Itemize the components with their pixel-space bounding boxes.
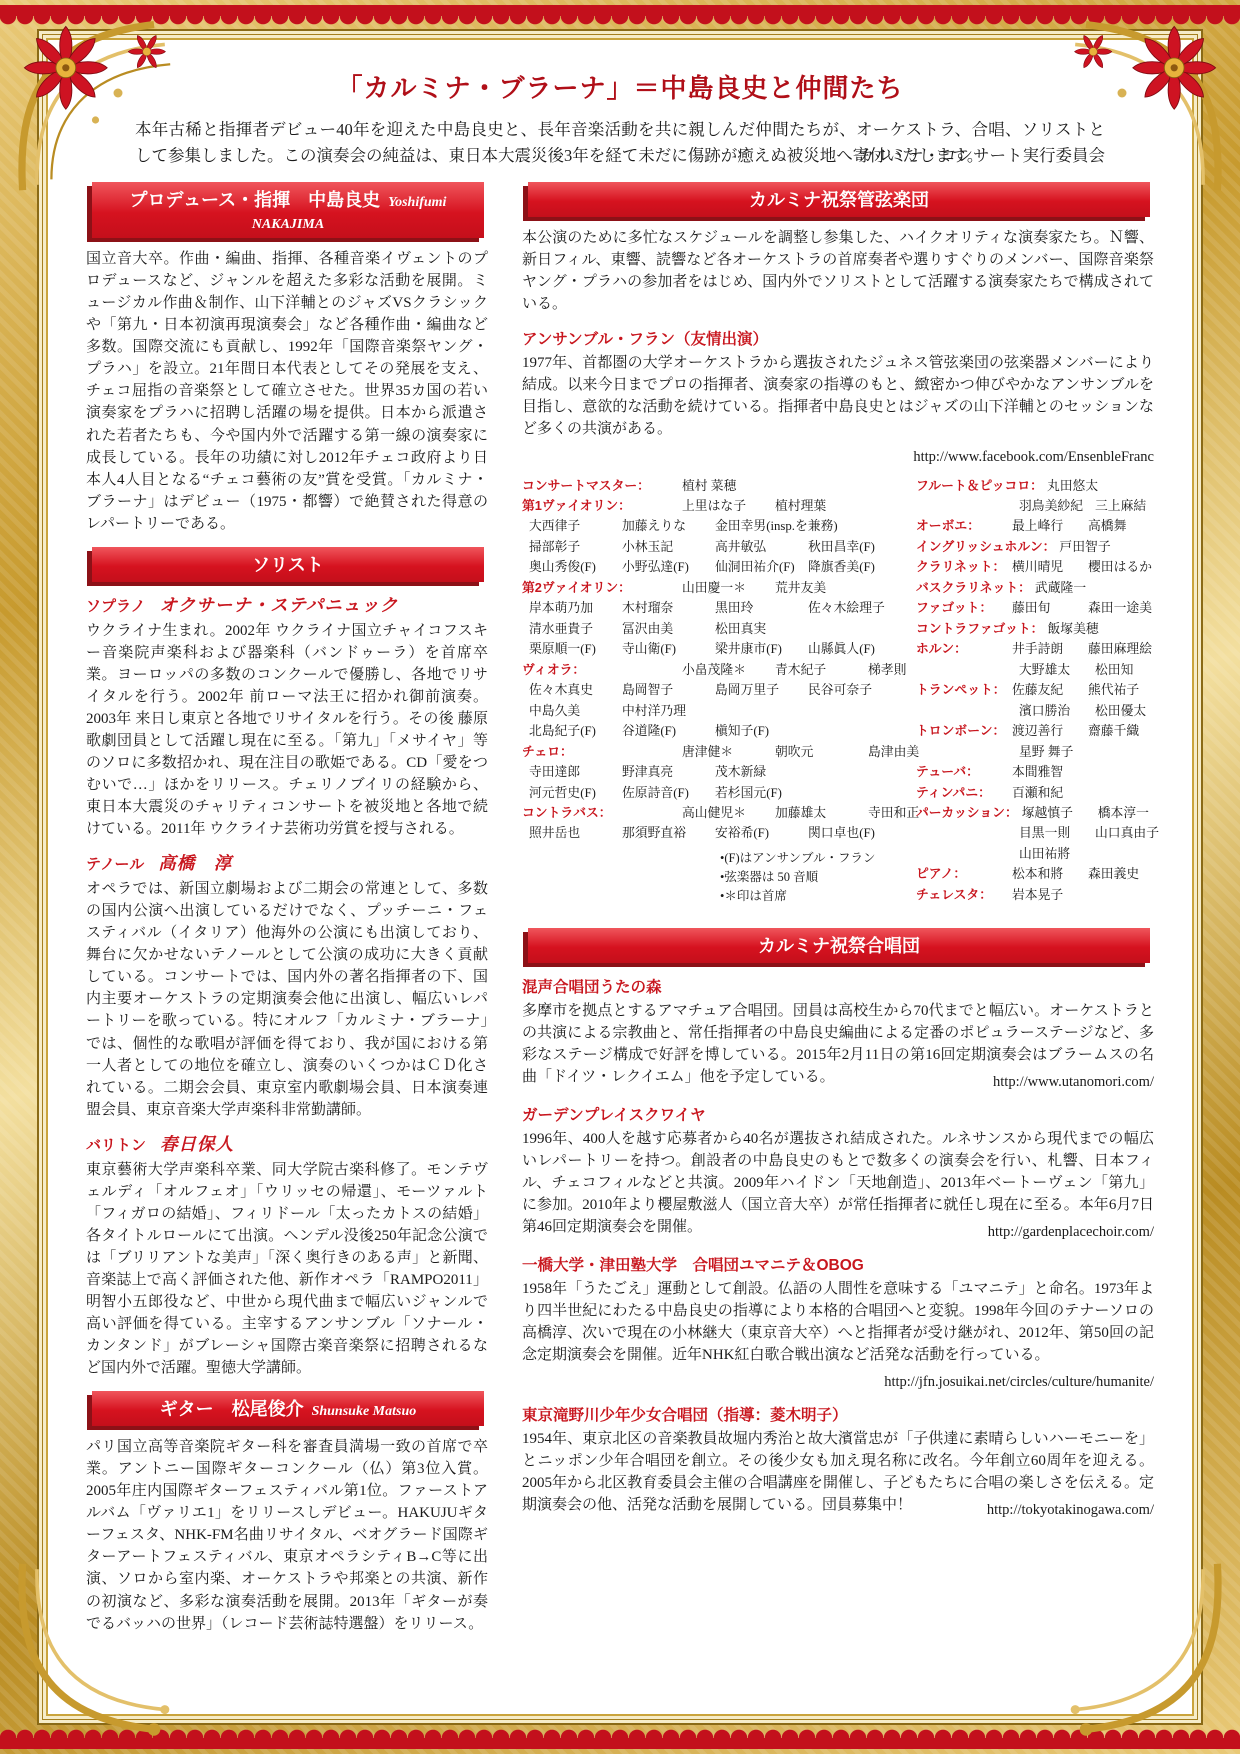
member-section-label: クラリネット：	[916, 557, 1008, 577]
soloist-soprano: ソプラノオクサーナ・ステパニュック ウクライナ生まれ。2002年 ウクライナ国立…	[86, 592, 488, 840]
member-row: 中島久美中村洋乃理	[522, 701, 908, 721]
member-name: 小林玉記	[622, 537, 715, 557]
soloist-bio: 東京藝術大学声楽科卒業、同大学院古楽科修了。モンテヴェルディ「オルフェオ」「ウリ…	[86, 1159, 488, 1379]
member-row: チェロ：唐津健＊朝吹元島津由美	[522, 742, 908, 762]
member-name: 高橋舞	[1088, 516, 1164, 536]
choir-group-heading: 東京滝野川少年少女合唱団（指導：菱木明子）	[522, 1403, 1154, 1425]
member-row: 佐々木真史島岡智子島岡万里子民谷可奈子	[522, 680, 908, 700]
member-name: 山田慶一＊	[682, 578, 775, 598]
member-row: オーボエ：最上峰行高橋舞	[916, 516, 1154, 536]
banner-title: プロデュース・指揮 中島良史	[130, 190, 381, 210]
member-name: 北島紀子(F)	[529, 721, 622, 741]
banner-title: カルミナ祝祭合唱団	[758, 936, 920, 956]
soloist-heading: バリトン春日保人	[86, 1131, 488, 1156]
member-section-label: トランペット：	[916, 680, 1008, 700]
member-row: ホルン：井手詩朗藤田麻理絵	[916, 639, 1154, 659]
member-name: 中島久美	[529, 701, 622, 721]
ensemble-franc-heading: アンサンブル・フラン（友情出演）	[522, 327, 1154, 349]
member-row: 掃部彰子小林玉記高井敏弘秋田昌幸(F)	[522, 537, 908, 557]
member-row: パーカッション：塚越慎子橋本淳一	[916, 803, 1154, 823]
soloist-name: 春日保人	[160, 1134, 234, 1154]
member-name: 青木紀子	[775, 660, 868, 680]
member-row: 第1ヴァイオリン：上里はな子植村理葉	[522, 496, 908, 516]
member-name: 藤田麻理絵	[1088, 639, 1164, 659]
member-section-label: ホルン：	[916, 639, 1008, 659]
member-row: 第2ヴァイオリン：山田慶一＊荒井友美	[522, 578, 908, 598]
soloist-baritone: バリトン春日保人 東京藝術大学声楽科卒業、同大学院古楽科修了。モンテヴェルディ「…	[86, 1131, 488, 1379]
member-row: 星野 舞子	[916, 742, 1154, 762]
red-scallop-trim-top	[0, 5, 1240, 16]
member-section-label: コントラファゴット：	[916, 619, 1043, 639]
choir-group-bio: 1958年「うたごえ」運動として創設。仏語の人間性を意味する「ユマニテ」と命名。…	[522, 1278, 1154, 1366]
member-name: 梁井康市(F)	[715, 639, 808, 659]
red-scallop-trim-bottom	[0, 1738, 1240, 1749]
member-name: 奥山秀俊(F)	[529, 557, 622, 577]
member-name: 冨沢由美	[622, 619, 715, 639]
member-section-label: テューバ：	[916, 762, 1008, 782]
member-section-label: 第2ヴァイオリン：	[522, 578, 678, 598]
member-row: 羽鳥美紗紀三上麻結	[916, 496, 1154, 516]
section-banner-orchestra: カルミナ祝祭管弦楽団	[528, 182, 1150, 217]
member-name: 中村洋乃理	[622, 701, 715, 721]
choir-group-heading: 一橋大学・津田塾大学 合唱団ユマニテ＆OBOG	[522, 1253, 1154, 1275]
two-column-layout: プロデュース・指揮 中島良史Yoshifumi NAKAJIMA 国立音大卒。作…	[86, 180, 1154, 1642]
member-name: 唐津健＊	[682, 742, 775, 762]
member-row: イングリッシュホルン：戸田智子	[916, 537, 1154, 557]
member-name: 掃部彰子	[529, 537, 622, 557]
member-name: 谷道隆(F)	[622, 721, 715, 741]
choir-group-humanite: 一橋大学・津田塾大学 合唱団ユマニテ＆OBOG 1958年「うたごえ」運動として…	[522, 1253, 1154, 1391]
member-row: チェレスタ：岩本晃子	[916, 885, 1154, 905]
member-row: ピアノ：松本和將森田義史	[916, 864, 1154, 884]
soloist-role: バリトン	[86, 1137, 146, 1154]
orchestra-winds-list: フルート＆ピッコロ：丸田悠太羽鳥美紗紀三上麻結オーボエ：最上峰行高橋舞イングリッ…	[916, 476, 1154, 906]
member-name: 佐々木真史	[529, 680, 622, 700]
member-row: コントラバス：高山健児＊加藤雄太寺田和正	[522, 803, 908, 823]
member-section-label: 第1ヴァイオリン：	[522, 496, 678, 516]
member-name: 星野 舞子	[1019, 742, 1095, 762]
member-name: 最上峰行	[1012, 516, 1088, 536]
member-row: トロンボーン：渡辺善行齋藤千織	[916, 721, 1154, 741]
member-name: 民谷可奈子	[808, 680, 901, 700]
section-banner-producer: プロデュース・指揮 中島良史Yoshifumi NAKAJIMA	[92, 182, 484, 238]
member-name: 佐々木絵理子	[808, 598, 901, 618]
program-header: 「カルミナ・ブラーナ」＝中島良史と仲間たち 本年古稀と指揮者デビュー40年を迎え…	[86, 68, 1154, 166]
member-section-label: チェロ：	[522, 742, 678, 762]
member-section-label: フルート＆ピッコロ：	[916, 476, 1043, 496]
member-section-label: オーボエ：	[916, 516, 1008, 536]
member-name: 金田幸男(insp.を兼務)	[715, 516, 808, 536]
ensemble-franc-bio: 1977年、首都圏の大学オーケストラから選抜されたジュネス管弦楽団の弦楽器メンバ…	[522, 352, 1154, 440]
member-row: 目黒一則山口真由子	[916, 823, 1154, 843]
member-name: 百瀬和紀	[1012, 783, 1088, 803]
member-section-label	[923, 823, 1015, 843]
member-name: 武蔵隆一	[1035, 578, 1111, 598]
member-name: 荒井友美	[775, 578, 868, 598]
member-name: 岸本萌乃加	[529, 598, 622, 618]
member-name: 山田祐將	[1019, 844, 1095, 864]
member-name: 丸田悠太	[1047, 476, 1123, 496]
member-name: 関口卓也(F)	[808, 823, 901, 843]
url-text: http://www.facebook.com/EnsenbleFranc	[522, 449, 1154, 466]
member-name: 島岡智子	[622, 680, 715, 700]
member-name: 加藤えりな	[622, 516, 715, 536]
member-row: 奥山秀俊(F)小野弘達(F)仙洞田祐介(F)降旗香美(F)	[522, 557, 908, 577]
member-name: 橋本淳一	[1098, 803, 1174, 823]
right-column: カルミナ祝祭管弦楽団 本公演のために多忙なスケジュールを調整し参集した、ハイクオ…	[522, 180, 1154, 1642]
url-text: http://jfn.josuikai.net/circles/culture/…	[522, 1374, 1154, 1391]
member-row: テューバ：本間雅智	[916, 762, 1154, 782]
member-name: 小野弘達(F)	[622, 557, 715, 577]
member-name: 岩本晃子	[1012, 885, 1088, 905]
member-name: 槇知子(F)	[715, 721, 808, 741]
banner-title: カルミナ祝祭管弦楽団	[749, 190, 929, 210]
member-name: 本間雅智	[1012, 762, 1088, 782]
member-name: 河元哲史(F)	[529, 783, 622, 803]
soloist-bio: ウクライナ生まれ。2002年 ウクライナ国立チャイコフスキー音楽院声楽科および器…	[86, 620, 488, 840]
soloist-heading: ソプラノオクサーナ・ステパニュック	[86, 592, 488, 617]
member-row: クラリネット：横川晴児櫻田はるか	[916, 557, 1154, 577]
member-name: 高井敏弘	[715, 537, 808, 557]
choir-group-bio: 1996年、400人を越す応募者から40名が選抜され結成された。ルネサンスから現…	[522, 1128, 1154, 1238]
member-name: 濱口勝治	[1019, 701, 1095, 721]
member-name: 松田真実	[715, 619, 808, 639]
member-section-label: ファゴット：	[916, 598, 1008, 618]
guitarist-bio: パリ国立高等音楽院ギター科を審査員満場一致の首席で卒業。アントニー国際ギターコン…	[86, 1436, 488, 1634]
producer-bio: 国立音大卒。作曲・編曲、指揮、各種音楽イヴェントのプロデュースなど、ジャンルを超…	[86, 248, 488, 535]
member-name: 森田一途美	[1088, 598, 1164, 618]
section-banner-soloists: ソリスト	[92, 547, 484, 582]
soloist-bio: オペラでは、新国立劇場および二期会の常連として、多数の国内公演へ出演しているだけ…	[86, 878, 488, 1121]
member-row: 照井岳也那須野直裕安裕希(F)関口卓也(F)	[522, 823, 908, 843]
left-column: プロデュース・指揮 中島良史Yoshifumi NAKAJIMA 国立音大卒。作…	[86, 180, 488, 1642]
member-name: 松田知	[1095, 660, 1171, 680]
member-row: ファゴット：藤田旬森田一途美	[916, 598, 1154, 618]
member-name: 小畠茂隆＊	[682, 660, 775, 680]
member-name: 三上麻結	[1095, 496, 1171, 516]
member-section-label: イングリッシュホルン：	[916, 537, 1055, 557]
member-name: 植村理葉	[775, 496, 868, 516]
member-section-label: ティンパニ：	[916, 783, 1008, 803]
orchestra-intro: 本公演のために多忙なスケジュールを調整し参集した、ハイクオリティな演奏家たち。Ｎ…	[522, 227, 1154, 315]
member-name: 飯塚美穂	[1047, 619, 1123, 639]
member-row: ヴィオラ：小畠茂隆＊青木紀子梯孝則	[522, 660, 908, 680]
orchestra-strings-list: コンサートマスター：植村 菜穂第1ヴァイオリン：上里はな子植村理葉大西律子加藤え…	[522, 476, 908, 906]
member-row: 河元哲史(F)佐原詩音(F)若杉国元(F)	[522, 783, 908, 803]
member-row: ティンパニ：百瀬和紀	[916, 783, 1154, 803]
member-section-label	[923, 701, 1015, 721]
member-name: 清水亜貴子	[529, 619, 622, 639]
member-section-label	[923, 660, 1015, 680]
member-row: コントラファゴット：飯塚美穂	[916, 619, 1154, 639]
member-section-label: パーカッション：	[916, 803, 1018, 823]
member-row: フルート＆ピッコロ：丸田悠太	[916, 476, 1154, 496]
member-name: 松本和將	[1012, 864, 1088, 884]
choir-group-takinogawa: 東京滝野川少年少女合唱団（指導：菱木明子） 1954年、東京北区の音楽教員故堀内…	[522, 1403, 1154, 1519]
member-name: 植村 菜穂	[682, 476, 775, 496]
section-banner-guitar: ギター 松尾俊介Shunsuke Matsuo	[92, 1391, 484, 1426]
member-name: 佐藤友紀	[1012, 680, 1088, 700]
member-row: 大野雄太松田知	[916, 660, 1154, 680]
member-row: 北島紀子(F)谷道隆(F)槇知子(F)	[522, 721, 908, 741]
section-banner-choir: カルミナ祝祭合唱団	[528, 928, 1150, 963]
soloist-role: テノール	[86, 856, 144, 873]
member-name: 塚越慎子	[1022, 803, 1098, 823]
member-name: 佐原詩音(F)	[622, 783, 715, 803]
banner-title: ソリスト	[252, 555, 324, 575]
member-name: 戸田智子	[1059, 537, 1135, 557]
member-row: バスクラリネット：武蔵隆一	[916, 578, 1154, 598]
member-section-label	[923, 742, 1015, 762]
banner-title: ギター 松尾俊介	[160, 1399, 304, 1419]
member-section-label: トロンボーン：	[916, 721, 1008, 741]
member-name: 山口真由子	[1095, 823, 1171, 843]
member-row: 濱口勝治松田優太	[916, 701, 1154, 721]
member-name: 加藤雄太	[775, 803, 868, 823]
member-name: 松田優太	[1095, 701, 1171, 721]
member-name: 秋田昌幸(F)	[808, 537, 901, 557]
member-name: 大西律子	[529, 516, 622, 536]
member-name: 若杉国元(F)	[715, 783, 808, 803]
member-name: 茂木新緑	[715, 762, 808, 782]
member-name: 大野雄太	[1019, 660, 1095, 680]
member-row: 山田祐將	[916, 844, 1154, 864]
member-name: 栗原順一(F)	[529, 639, 622, 659]
choir-group-gardenplace: ガーデンプレイスクワイヤ 1996年、400人を越す応募者から40名が選抜され結…	[522, 1103, 1154, 1241]
banner-roman-name: Shunsuke Matsuo	[312, 1404, 417, 1419]
member-name: 森田義史	[1088, 864, 1164, 884]
member-name: 櫻田はるか	[1088, 557, 1164, 577]
member-name: 齋藤千織	[1088, 721, 1164, 741]
member-name: 仙洞田祐介(F)	[715, 557, 808, 577]
member-name: 安裕希(F)	[715, 823, 808, 843]
member-name: 那須野直裕	[622, 823, 715, 843]
member-name: 照井岳也	[529, 823, 622, 843]
member-section-label: チェレスタ：	[916, 885, 1008, 905]
choir-group-heading: 混声合唱団うたの森	[522, 975, 1154, 997]
program-content: 「カルミナ・ブラーナ」＝中島良史と仲間たち 本年古稀と指揮者デビュー40年を迎え…	[42, 34, 1198, 1720]
member-name: 寺山衛(F)	[622, 639, 715, 659]
member-name: 上里はな子	[682, 496, 775, 516]
member-row: トランペット：佐藤友紀熊代祐子	[916, 680, 1154, 700]
member-row: 寺田達郎野津真亮茂木新緑	[522, 762, 908, 782]
member-name: 目黒一則	[1019, 823, 1095, 843]
member-section-label: ピアノ：	[916, 864, 1008, 884]
member-section-label: ヴィオラ：	[522, 660, 678, 680]
orchestra-members: コンサートマスター：植村 菜穂第1ヴァイオリン：上里はな子植村理葉大西律子加藤え…	[522, 476, 1154, 906]
member-name: 横川晴児	[1012, 557, 1088, 577]
member-name: 渡辺善行	[1012, 721, 1088, 741]
soloist-tenor: テノール高橋 淳 オペラでは、新国立劇場および二期会の常連として、多数の国内公演…	[86, 850, 488, 1121]
member-name: 木村瑠奈	[622, 598, 715, 618]
choir-group-heading: ガーデンプレイスクワイヤ	[522, 1103, 1154, 1125]
page-title: 「カルミナ・ブラーナ」＝中島良史と仲間たち	[86, 68, 1154, 105]
member-name: 島岡万里子	[715, 680, 808, 700]
member-name: 寺田達郎	[529, 762, 622, 782]
soloist-heading: テノール高橋 淳	[86, 850, 488, 875]
member-name: 藤田旬	[1012, 598, 1088, 618]
soloist-name: オクサーナ・ステパニュック	[160, 595, 399, 615]
member-name: 熊代祐子	[1088, 680, 1164, 700]
member-name: 高山健児＊	[682, 803, 775, 823]
choir-group-utanomori: 混声合唱団うたの森 多摩市を拠点とするアマチュア合唱団。団員は高校生から70代ま…	[522, 975, 1154, 1091]
member-section-label: コントラバス：	[522, 803, 678, 823]
member-name: 羽鳥美紗紀	[1019, 496, 1095, 516]
member-row: 岸本萌乃加木村瑠奈黒田玲佐々木絵理子	[522, 598, 908, 618]
member-row: 栗原順一(F)寺山衛(F)梁井康市(F)山縣眞人(F)	[522, 639, 908, 659]
member-name: 朝吹元	[775, 742, 868, 762]
member-name: 降旗香美(F)	[808, 557, 901, 577]
soloist-role: ソプラノ	[86, 598, 146, 615]
member-name: 野津真亮	[622, 762, 715, 782]
soloist-name: 高橋 淳	[158, 853, 232, 873]
member-row: 大西律子加藤えりな金田幸男(insp.を兼務)	[522, 516, 908, 536]
member-name: 山縣眞人(F)	[808, 639, 901, 659]
member-section-label: バスクラリネット：	[916, 578, 1031, 598]
member-row: コンサートマスター：植村 菜穂	[522, 476, 908, 496]
member-section-label	[923, 844, 1015, 864]
member-name: 黒田玲	[715, 598, 808, 618]
member-section-label	[923, 496, 1015, 516]
concert-program-page: 「カルミナ・ブラーナ」＝中島良史と仲間たち 本年古稀と指揮者デビュー40年を迎え…	[0, 0, 1240, 1754]
member-name: 井手詩朗	[1012, 639, 1088, 659]
member-section-label: コンサートマスター：	[522, 476, 678, 496]
member-row: 清水亜貴子冨沢由美松田真実	[522, 619, 908, 639]
